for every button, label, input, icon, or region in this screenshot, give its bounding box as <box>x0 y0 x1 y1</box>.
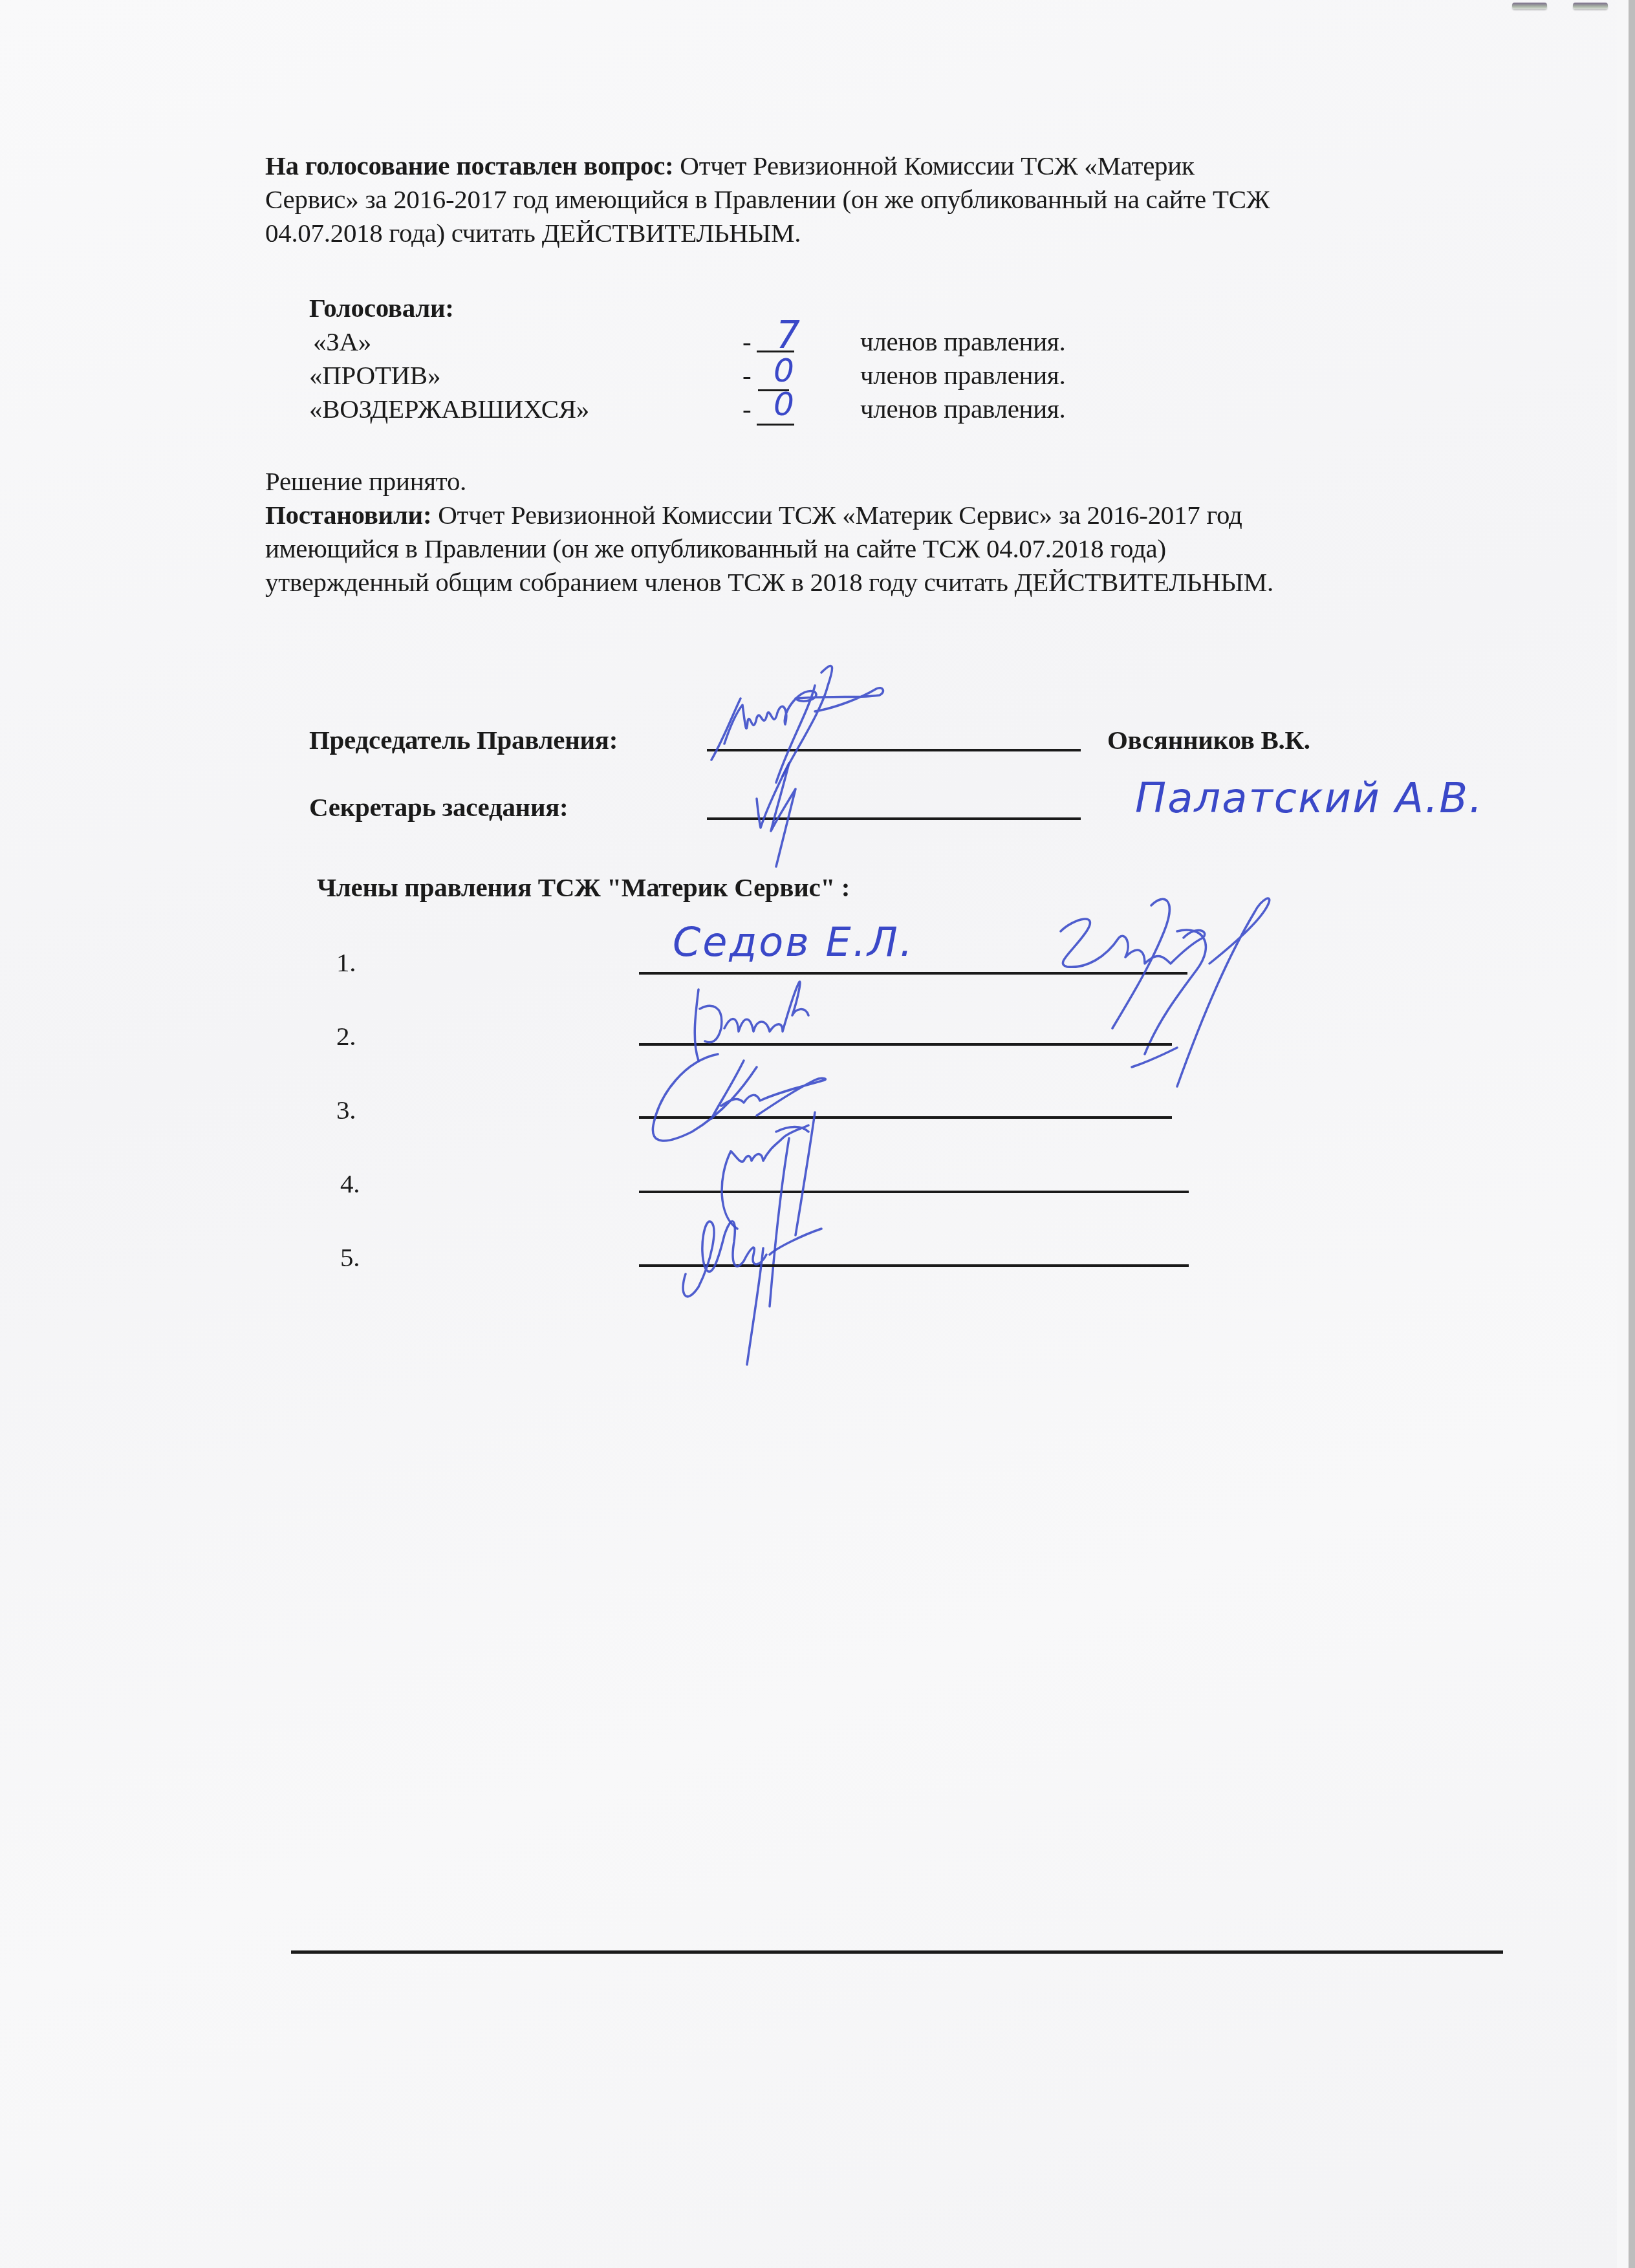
decision-line-2: имеющийся в Правлении (он же опубликован… <box>265 532 1166 565</box>
question-line-2: Сервис» за 2016-2017 год имеющийся в Пра… <box>265 182 1270 216</box>
member-number: 3. <box>336 1093 356 1127</box>
bottom-rule <box>291 1950 1503 1954</box>
member-signature <box>673 1177 880 1371</box>
vote-unit: членов правления. <box>860 358 1065 392</box>
question-label: На голосование поставлен вопрос: <box>265 151 673 180</box>
vote-dash: - <box>742 358 751 392</box>
chairman-name: Овсянников В.К. <box>1107 723 1310 757</box>
decision-status: Решение принято. <box>265 464 466 498</box>
decision-line-1: Постановили: Отчет Ревизионной Комиссии … <box>265 498 1242 532</box>
member-signature <box>1048 892 1488 1099</box>
question-line-1: На голосование поставлен вопрос: Отчет Р… <box>265 149 1195 182</box>
secretary-signature <box>744 750 873 880</box>
vote-blank-line <box>757 424 794 426</box>
secretary-role: Секретарь заседания: <box>309 790 568 824</box>
question-line-3: 04.07.2018 года) считать ДЕЙСТВИТЕЛЬНЫМ. <box>265 216 801 250</box>
member-number: 5. <box>340 1240 360 1274</box>
vote-unit: членов правления. <box>860 325 1065 358</box>
member-number: 4. <box>340 1167 360 1200</box>
voting-heading: Голосовали: <box>309 291 454 325</box>
vote-option: «ВОЗДЕРЖАВШИХСЯ» <box>309 392 589 426</box>
vote-count-handwritten: 0 <box>774 385 794 423</box>
decision-label: Постановили: <box>265 500 431 530</box>
vote-count-handwritten: 0 <box>774 352 794 389</box>
vote-unit: членов правления. <box>860 392 1065 426</box>
vote-count-handwritten: 7 <box>776 313 800 357</box>
staple-mark <box>1512 3 1547 9</box>
vote-option: «ЗА» <box>313 325 371 358</box>
scan-edge <box>1629 0 1635 2268</box>
members-heading: Члены правления ТСЖ "Материк Сервис" : <box>317 870 850 904</box>
member-number: 2. <box>336 1019 356 1053</box>
member-number: 1. <box>336 945 356 979</box>
vote-option: «ПРОТИВ» <box>309 358 440 392</box>
vote-dash: - <box>742 325 751 358</box>
decision-line-3: утвержденный общим собранием членов ТСЖ … <box>265 565 1273 599</box>
vote-dash: - <box>742 392 751 426</box>
question-text: Отчет Ревизионной Комиссии ТСЖ «Материк <box>673 151 1194 180</box>
secretary-name-handwritten: Палатский А.В. <box>1135 775 1484 823</box>
decision-text: Отчет Ревизионной Комиссии ТСЖ «Материк … <box>431 500 1242 530</box>
member-name-handwritten: Седов Е.Л. <box>673 918 915 966</box>
staple-mark <box>1573 3 1608 9</box>
chairman-role: Председатель Правления: <box>309 723 618 757</box>
